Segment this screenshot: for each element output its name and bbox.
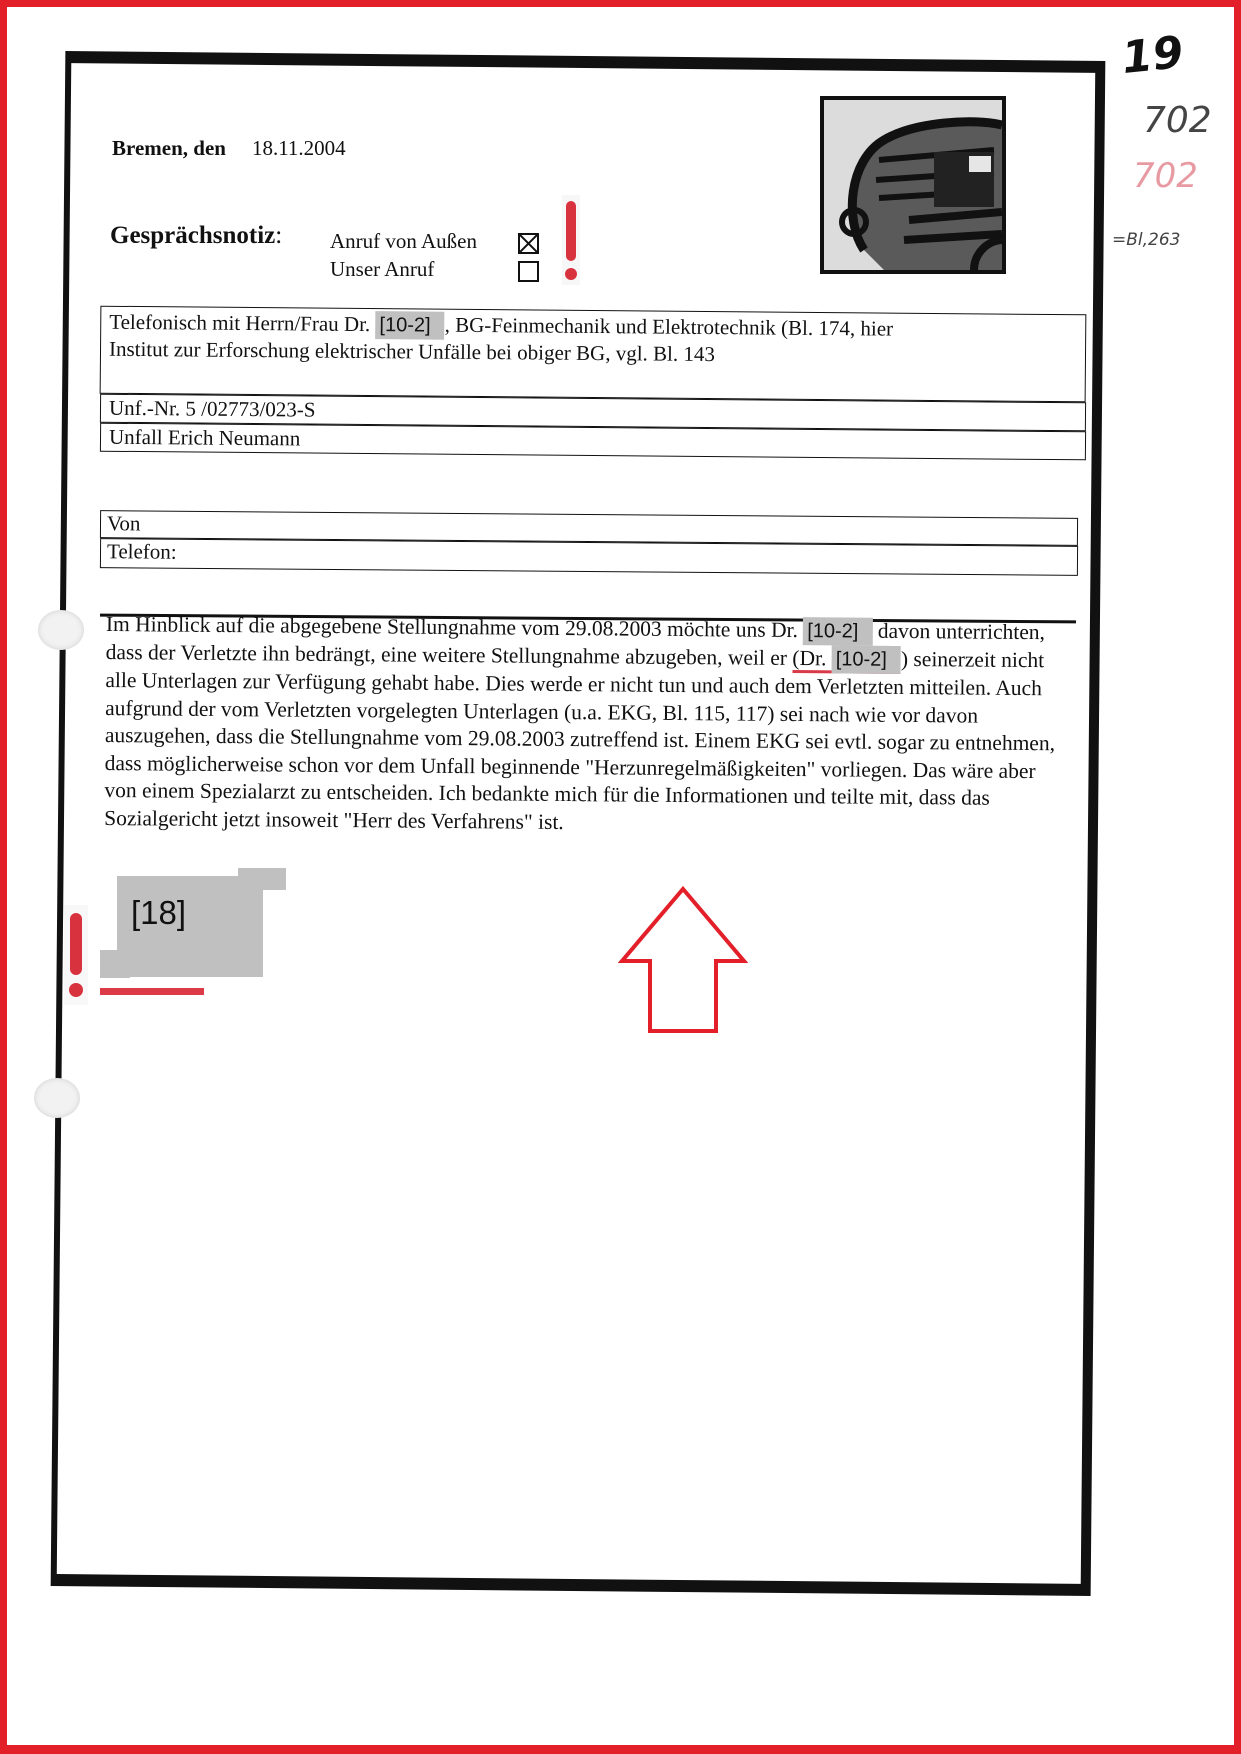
- telephone-logo: [820, 96, 1006, 274]
- call-partner-box: Telefonisch mit Herrn/Frau Dr. [10-2], B…: [100, 306, 1087, 403]
- redaction: [10-2]: [803, 617, 872, 646]
- checkbox-external-call[interactable]: [518, 233, 539, 254]
- punch-hole: [38, 610, 84, 650]
- place-label: Bremen, den: [112, 136, 226, 160]
- call-partner-org: , BG-Feinmechanik und Elektrotechnik (Bl…: [445, 313, 894, 341]
- redaction: [10-2]: [832, 645, 901, 674]
- exclamation-icon: [64, 905, 88, 1005]
- folio-number-red: 702: [1133, 156, 1198, 196]
- body-text: Im Hinblick auf die abgegebene Stellungn…: [106, 612, 804, 642]
- option-external-call: Anruf von Außen: [330, 229, 477, 254]
- reference-note: =Bl,263: [1112, 230, 1180, 250]
- punch-hole: [34, 1078, 80, 1118]
- option-our-call: Unser Anruf: [330, 257, 434, 282]
- red-underline-annotation: (Dr. [10-2]: [792, 646, 901, 674]
- folio-number: 702: [1143, 100, 1212, 141]
- call-partner-prefix: Telefonisch mit Herrn/Frau Dr.: [109, 310, 375, 336]
- red-underline-annotation: [100, 988, 204, 995]
- body-text: (Dr.: [792, 646, 832, 670]
- title-row: Gesprächsnotiz:: [110, 222, 282, 250]
- title-colon: :: [275, 222, 282, 249]
- check-x-icon: [520, 235, 537, 252]
- page-number: 19: [1120, 27, 1186, 84]
- note-body: Im Hinblick auf die abgegebene Stellungn…: [104, 611, 1066, 840]
- place-date: Bremen, den18.11.2004: [112, 136, 346, 161]
- document-title: Gesprächsnotiz: [110, 222, 275, 249]
- telephone-icon: [824, 100, 1002, 270]
- redaction: [10-2]: [375, 311, 444, 340]
- signature-redaction: [18]: [117, 876, 263, 977]
- checkbox-our-call[interactable]: [518, 261, 539, 282]
- exclamation-icon: [562, 195, 580, 285]
- body-text: ) seinerzeit nicht alle Unterlagen zur V…: [104, 647, 1055, 834]
- arrow-up-icon: [618, 885, 748, 1035]
- date: 18.11.2004: [252, 136, 346, 160]
- redaction-label: [18]: [131, 894, 186, 932]
